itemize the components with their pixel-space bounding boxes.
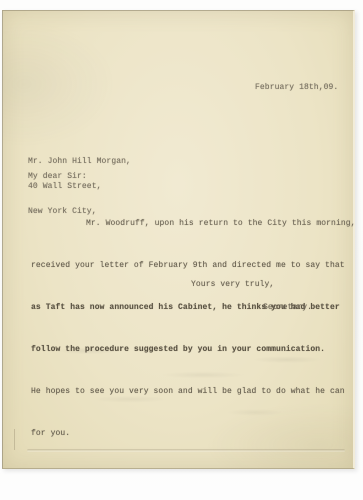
salutation: My dear Sir: (28, 173, 87, 181)
letter-page: February 18th,09. Mr. John Hill Morgan, … (2, 10, 355, 469)
body-line-2: received your letter of February 9th and… (31, 259, 356, 273)
body-line-6: for you. (31, 427, 356, 441)
scan-background: February 18th,09. Mr. John Hill Morgan, … (0, 0, 363, 500)
letter-body: Mr. Woodruff, upon his return to the Cit… (31, 189, 356, 469)
body-line-5: He hopes to see you very soon and will b… (31, 385, 356, 399)
closing: Yours very truly, (191, 281, 274, 289)
body-line-4: follow the procedure suggested by you in… (31, 343, 356, 357)
recipient-name: Mr. John Hill Morgan, (28, 158, 131, 166)
letter-date: February 18th,09. (255, 84, 338, 92)
signature: Secretary. (263, 304, 312, 312)
fold-crease-vertical (14, 429, 15, 450)
body-line-1: Mr. Woodruff, upon his return to the Cit… (31, 217, 356, 231)
